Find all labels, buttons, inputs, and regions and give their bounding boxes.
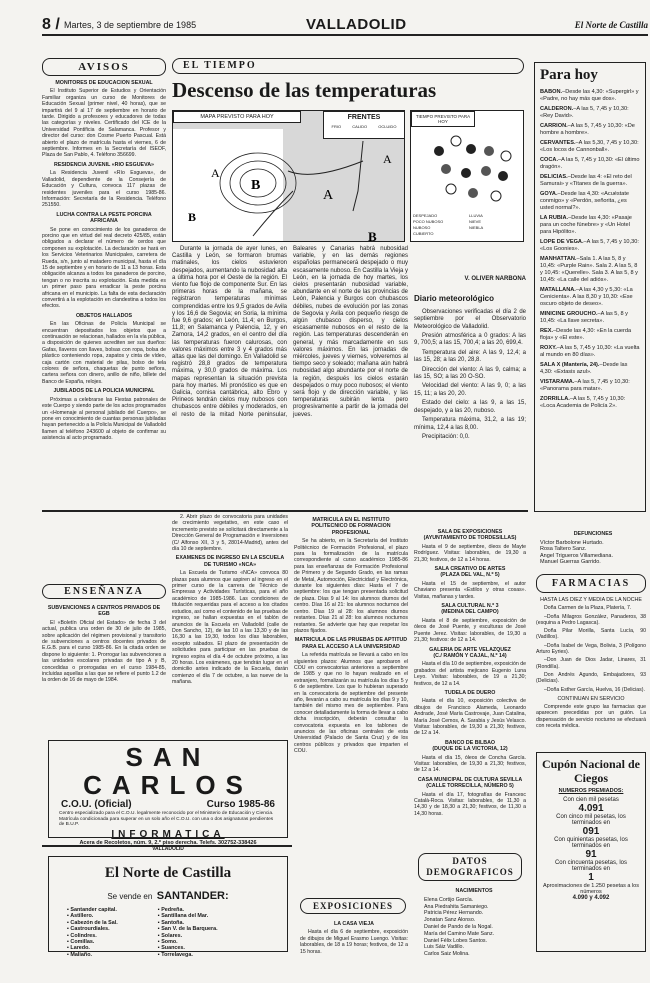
cinema-item: LA RUBIA.–Desde las 4,30: «Pasaje para u… (540, 215, 640, 236)
cinema-name: LOPE DE VEGA. (540, 239, 584, 245)
ad-norte-sold: Se vende en SANTANDER: (49, 886, 287, 904)
farmacia-item: –Doña Milagros González, Panaderos, 38 (… (536, 614, 646, 627)
cinema-name: BABON. (540, 89, 562, 95)
prize-label: Con quinientas pesetas, los terminados e… (541, 837, 641, 849)
avisos-column: AVISOS MONITORES DE EDUCACION SEXUAL El … (42, 58, 166, 444)
farmacia-item: Doña Carmen de la Plaza, Platería, 7. (536, 605, 646, 611)
diario-intro: Observaciones verificadas el día 2 de se… (414, 309, 526, 331)
sala-text: Hasta el 9 de septiembre, óleos de Mayte… (414, 544, 526, 563)
death-name: Rosa Taltero Sanz. (540, 546, 646, 553)
aviso-title: JUBILADOS DE LA POLICIA MUNICIPAL (42, 388, 166, 394)
approx-label: Aproximaciones de 1.250 pesetas a los nú… (541, 883, 641, 895)
masthead: 8 / Martes, 3 de septiembre de 1985 VALL… (42, 14, 648, 36)
weather-map-spain: TIEMPO PREVISTO PARA HOY DESPEJADO POCO … (410, 110, 524, 242)
sala-text: Hasta el 15 de septiembre, el autor Chav… (414, 581, 526, 600)
sala-text: Hasta el día 17, fotografías de Francesc… (414, 792, 526, 818)
page-number: 8 / (42, 16, 60, 34)
aviso-text: El Instituto Superior de Estudios y Orie… (42, 88, 166, 158)
exposicion-casa-vieja: LA CASA VIEJA Hasta el día 6 de septiemb… (300, 918, 408, 957)
ensenanza-title: SUBVENCIONES A CENTROS PRIVADOS DE EGB (42, 605, 166, 618)
avisos-body: MONITORES DE EDUCACION SEXUAL El Institu… (42, 80, 166, 442)
birth-name: María del Camino Mate Sanz. (424, 931, 524, 938)
nacimientos: NACIMIENTOS Elena Cortijo García. Ana Pi… (424, 885, 524, 958)
prize-number: 4.091 (541, 803, 641, 814)
aviso-title: LUCHA CONTRA LA PESTE PORCINA AFRICANA (42, 212, 166, 225)
ad-norte-title: El Norte de Castilla (49, 865, 287, 882)
cinema-name: CALDERON. (540, 106, 573, 112)
birth-name: Elena Cortijo García. (424, 897, 524, 904)
prize-label: Con cincuenta pesetas, los terminados en (541, 860, 641, 872)
cinema-item: GOYA.–Desde las 4,30: «Acuéstate conmigo… (540, 191, 640, 212)
farmacias-cont-text: Comprende este grupo las farmacias que a… (536, 704, 646, 729)
sala-text: Hasta el 8 de septiembre, exposición de … (414, 618, 526, 644)
ad-sold-city: SANTANDER: (157, 890, 229, 902)
cinema-item: MANHATTAN.–Sala 1. A las 5, 8 y 10,45: «… (540, 256, 640, 284)
cinema-name: REX. (540, 328, 553, 334)
aviso-title: OBJETOS HALLADOS (42, 313, 166, 319)
prize-number: 91 (541, 849, 641, 860)
sala-sub: (Calle Torrecilla, número 5) (414, 783, 526, 789)
cinema-item: LOPE DE VEGA.–A las 5, 7,45 y 10,30: «Lo… (540, 239, 640, 253)
cinema-item: MATALLANA.–A las 4,30 y 5,30: «La Cenici… (540, 287, 640, 308)
divider (42, 845, 292, 847)
diario-row: Temperatura del aire: A las 9, 12,4; a l… (414, 350, 526, 365)
sala-title: GALERIA DE ARTE VELAZQUEZ (414, 647, 526, 653)
ad-informatica: INFORMATICA (49, 829, 287, 840)
list-item: Torrelavega. (158, 952, 218, 958)
cinema-name: LA RUBIA. (540, 215, 568, 221)
cinema-item: SALA X (Mantería, 24).–Desde las 4,30: «… (540, 362, 640, 376)
death-name: Víctor Barbolone Hurtado. (540, 540, 646, 547)
cinema-list: BABON.–Desde las 4,30: «Supergirl» y «Pa… (540, 89, 640, 410)
map-legend: DESPEJADO POCO NUBOSO NUBOSO CUBIERTO LL… (413, 213, 521, 237)
legend-overcast: CUBIERTO (413, 231, 465, 237)
farmacia-item: –Doña Isabel de Vega, Bolivia, 3 (Polígo… (536, 643, 646, 656)
cinema-item: CARRION.–A las 5, 7,45 y 10,30: «De homb… (540, 123, 640, 137)
birth-name: Patricia Pérez Hernando. (424, 910, 524, 917)
weather-article-end: V. OLIVER NARBONA Diario meteorológico O… (414, 246, 526, 443)
cinema-name: MANHATTAN. (540, 256, 576, 262)
cinema-item: CERVANTES.–A las 5,30, 7,45 y 10,30: «Lo… (540, 140, 640, 154)
diario-row: Precipitación: 0,0. (414, 434, 526, 441)
cinema-text: –Desde las 4,30: «En la cuerda floja» y … (540, 328, 631, 341)
diario-row: Velocidad del viento: A las 9, 0; a las … (414, 383, 526, 398)
list-item: Maliaño. (67, 952, 118, 958)
exposicion-text: Hasta el día 6 de septiembre, exposición… (300, 929, 408, 955)
cinema-name: CERVANTES. (540, 140, 576, 146)
birth-name: Carlos Saiz Molina. (424, 951, 524, 958)
cupon-sub: NUMEROS PREMIADOS: (541, 788, 641, 794)
list-item: San V. de la Barquera. (158, 926, 218, 932)
cinema-item: ROXY.–A las 5, 7,45 y 10,30: «La vuelta … (540, 345, 640, 359)
diario-row: Estado del cielo: a las 9, a las 15, des… (414, 400, 526, 415)
prize-number: 091 (541, 826, 641, 837)
cinema-name: ROXY. (540, 345, 557, 351)
ad-subtitle: C.O.U. (Oficial) Curso 1985-86 (49, 799, 287, 810)
divider (42, 510, 528, 512)
cinema-name: GOYA. (540, 191, 558, 197)
cinema-item: BABON.–Desde las 4,30: «Supergirl» y «Pa… (540, 89, 640, 103)
weather-map-europe: MAPA PREVISTO PARA HOY FRENTES FRIO CALI… (172, 110, 405, 242)
svg-text:A: A (323, 188, 334, 203)
tiempo-header-label: EL TIEMPO (183, 60, 257, 71)
farmacias-list: HASTA LAS DIEZ Y MEDIA DE LA NOCHE Doña … (536, 594, 646, 731)
salas-column: SALA DE EXPOSICIONES (Ayuntamiento de To… (414, 526, 526, 819)
ad-title: SAN CARLOS (49, 743, 287, 799)
cupon-box: Cupón Nacional de Ciegos NUMEROS PREMIAD… (536, 752, 646, 952)
cinema-item: CALDERON.–A las 5, 7,45 y 10,30: «Rey Da… (540, 106, 640, 120)
avisos-header: AVISOS (42, 58, 166, 76)
farmacia-item: Don Andrés Agundo, Embajadores, 93 (Deli… (536, 672, 646, 685)
ensenanza-title: MATRICULA EN EL INSTITUTO POLITECNICO DE… (294, 517, 408, 536)
birth-name: Daniel de Pando de la Nogal. (424, 924, 524, 931)
cinema-name: SALA X (Mantería, 24). (540, 362, 599, 368)
farmacias-cont-title: CONTINUAN EN SERVICIO (536, 696, 646, 702)
list-col1: Santander capital. Astillero. Cabezón de… (67, 907, 118, 958)
cinema-item: MINICINE GROUCHO.–A las 5, 8 y 10,45: «L… (540, 311, 640, 325)
death-name: Angel Trigueros Villamediana. (540, 553, 646, 560)
birth-name: Daniel Félix Lobes Santos. (424, 938, 524, 945)
ad-bullets: Centro especializado para el C.O.U. lega… (49, 810, 287, 829)
ensenanza-header: ENSEÑANZA (42, 584, 166, 599)
aviso-title: RESIDENCIA JUVENIL «RIO ESGUEVA» (42, 162, 166, 168)
exposiciones-header: EXPOSICIONES (300, 898, 406, 914)
ad-norte-castilla: El Norte de Castilla Se vende en SANTAND… (48, 856, 288, 952)
ensenanza-col3: MATRICULA EN EL INSTITUTO POLITECNICO DE… (294, 514, 408, 850)
diario-row: Presión atmosférica a 0 grados: A las 9,… (414, 333, 526, 348)
datos-header: DATOS DEMOGRAFICOS (418, 853, 522, 881)
farmacias-sub: HASTA LAS DIEZ Y MEDIA DE LA NOCHE (536, 597, 646, 603)
prize-number: 1 (541, 872, 641, 883)
headline: Descenso de las temperaturas (172, 78, 436, 103)
ad-san-carlos: SAN CARLOS C.O.U. (Oficial) Curso 1985-8… (48, 740, 288, 838)
farmacias-header: FARMACIAS (536, 574, 646, 593)
ensenanza-text: 2. Abrir plazo de convocatoria para unid… (172, 514, 288, 552)
ad-norte-list: Santander capital. Astillero. Cabezón de… (49, 904, 287, 961)
prize-label: Con cinco mil pesetas, los terminados en (541, 814, 641, 826)
cinema-name: CARRION. (540, 123, 568, 129)
ensenanza-col1: SUBVENCIONES A CENTROS PRIVADOS DE EGB E… (42, 602, 166, 686)
newspaper-name: El Norte de Castilla (575, 20, 648, 30)
diario-row: Temperatura máxima, 31,2, a las 19; míni… (414, 417, 526, 432)
tiempo-header: EL TIEMPO (172, 58, 524, 74)
ad-cou: C.O.U. (Oficial) (61, 799, 132, 810)
cinema-name: MATALLANA. (540, 287, 576, 293)
cloud-cover-symbols-icon (411, 111, 524, 211)
svg-text:B: B (188, 210, 196, 224)
weather-article-text: Durante la jornada de ayer lunes, en Cas… (172, 246, 408, 420)
sala-sub: (Plaza del Val, n.º 5) (414, 572, 526, 578)
aviso-text: Se pone en conocimiento de los ganaderos… (42, 227, 166, 310)
death-name: Manuel Guerras Garrido. (540, 559, 646, 566)
ensenanza-text: La Escuela de Turismo «NCA» convoca 80 p… (172, 570, 288, 685)
cinema-name: COCA. (540, 157, 558, 163)
sala-title: TUDELA DE DUERO (414, 690, 526, 696)
ensenanza-title: EXAMENES DE INGRESO EN LA ESCUELA DE TUR… (172, 555, 288, 568)
svg-text:A: A (383, 152, 392, 166)
para-hoy-title: Para hoy (540, 67, 640, 84)
diario-title: Diario meteorológico (414, 296, 526, 302)
cinema-name: ZORRILLA. (540, 396, 570, 402)
defunciones-title: DEFUNCIONES (540, 531, 646, 538)
farmacia-item: –Doña Esther García, Huelva, 16 (Delicia… (536, 687, 646, 693)
aviso-text: La Residencia Juvenil «Río Esgueva», de … (42, 170, 166, 208)
para-hoy-box: Para hoy BABON.–Desde las 4,30: «Supergi… (534, 62, 646, 512)
sala-text: Hasta el día 15, óleos de Concha García.… (414, 755, 526, 774)
cinema-item: DELICIAS.–Desde las 4: «El reto del Samu… (540, 174, 640, 188)
svg-text:B: B (251, 178, 260, 193)
cinema-item: REX.–Desde las 4,30: «En la cuerda floja… (540, 328, 640, 342)
page-date: Martes, 3 de septiembre de 1985 (64, 20, 196, 30)
cinema-item: VISTARAMA.–A las 5, 7,45 y 10,30: «Panor… (540, 379, 640, 393)
cupon-title: Cupón Nacional de Ciegos (541, 757, 641, 785)
ensenanza-text: La referida matrícula se llevará a cabo … (294, 652, 408, 755)
farmacia-item: –Don Juan de Dios Jadar, Linares, 31 (Ro… (536, 657, 646, 670)
approx-numbers: 4.090 y 4.092 (541, 895, 641, 901)
aviso-text: En las Oficinas de Policía Municipal se … (42, 321, 166, 385)
defunciones: DEFUNCIONES Víctor Barbolone Hurtado. Ro… (540, 528, 646, 566)
ad-curso: Curso 1985-86 (207, 799, 275, 810)
svg-text:B: B (368, 229, 377, 242)
sala-sub: (C./ Ramón y Cajal, n.º 14) (414, 653, 526, 659)
birth-name: Jonatan Sanz Alonso. (424, 917, 524, 924)
nacimientos-title: NACIMIENTOS (424, 888, 524, 895)
cinema-item: ZORRILLA.–A las 5, 7,45 y 10,30: «Loca A… (540, 396, 640, 410)
ad-bullet: Matrícula condicionada para superar en u… (59, 817, 277, 828)
birth-name: Luis Sáiz Vadillo. (424, 944, 524, 951)
weather-article: Durante la jornada de ayer lunes, en Cas… (172, 246, 408, 508)
cinema-name: VISTARAMA. (540, 379, 574, 385)
aviso-title: MONITORES DE EDUCACION SEXUAL (42, 80, 166, 86)
legend-fog: NIEBLA (469, 225, 521, 231)
ensenanza-text: El «Boletín Oficial del Estado» de fecha… (42, 620, 166, 684)
sala-text: Hasta el día 10 de septiembre, exposició… (414, 661, 526, 687)
svg-text:A: A (211, 166, 220, 180)
ad-sold-in: Se vende en (107, 892, 152, 901)
list-col2: Pedreña. Santillana del Mar. Santoña. Sa… (158, 907, 218, 958)
ad-bullet: Centro especializado para el C.O.U. lega… (59, 811, 277, 817)
section-title: VALLADOLID (306, 16, 407, 33)
sala-text: Hasta el día 10, exposición colectiva de… (414, 698, 526, 736)
sala-sub: (Medina del Campo) (414, 609, 526, 615)
farmacia-item: Doña Pilar Morilla, Santa Lucía, 90 (Vad… (536, 628, 646, 641)
birth-name: Ana Piedrahita Samaniego. (424, 904, 524, 911)
aviso-text: Próximas a celebrarse las Fiestas patron… (42, 397, 166, 442)
exposicion-title: LA CASA VIEJA (300, 921, 408, 927)
ensenanza-col2: 2. Abrir plazo de convocatoria para unid… (172, 514, 288, 764)
isobar-map-icon: B A A A B B (173, 111, 405, 242)
cinema-name: MINICINE GROUCHO. (540, 311, 598, 317)
article-author: V. OLIVER NARBONA (414, 276, 526, 282)
sala-sub: (Ayuntamiento de Tordesillas) (414, 535, 526, 541)
sala-sub: (Duque de la Victoria, 12) (414, 746, 526, 752)
ensenanza-text: Se ha abierto, en la Secretaría del Inst… (294, 538, 408, 634)
cinema-name: DELICIAS. (540, 174, 568, 180)
diario-row: Dirección del viento: A las 9, calma; a … (414, 367, 526, 382)
ensenanza-title: MATRICULA DE LAS PRUEBAS DE APTITUD PARA… (294, 637, 408, 650)
cinema-item: COCA.–A las 5, 7,45 y 10,30: «El último … (540, 157, 640, 171)
